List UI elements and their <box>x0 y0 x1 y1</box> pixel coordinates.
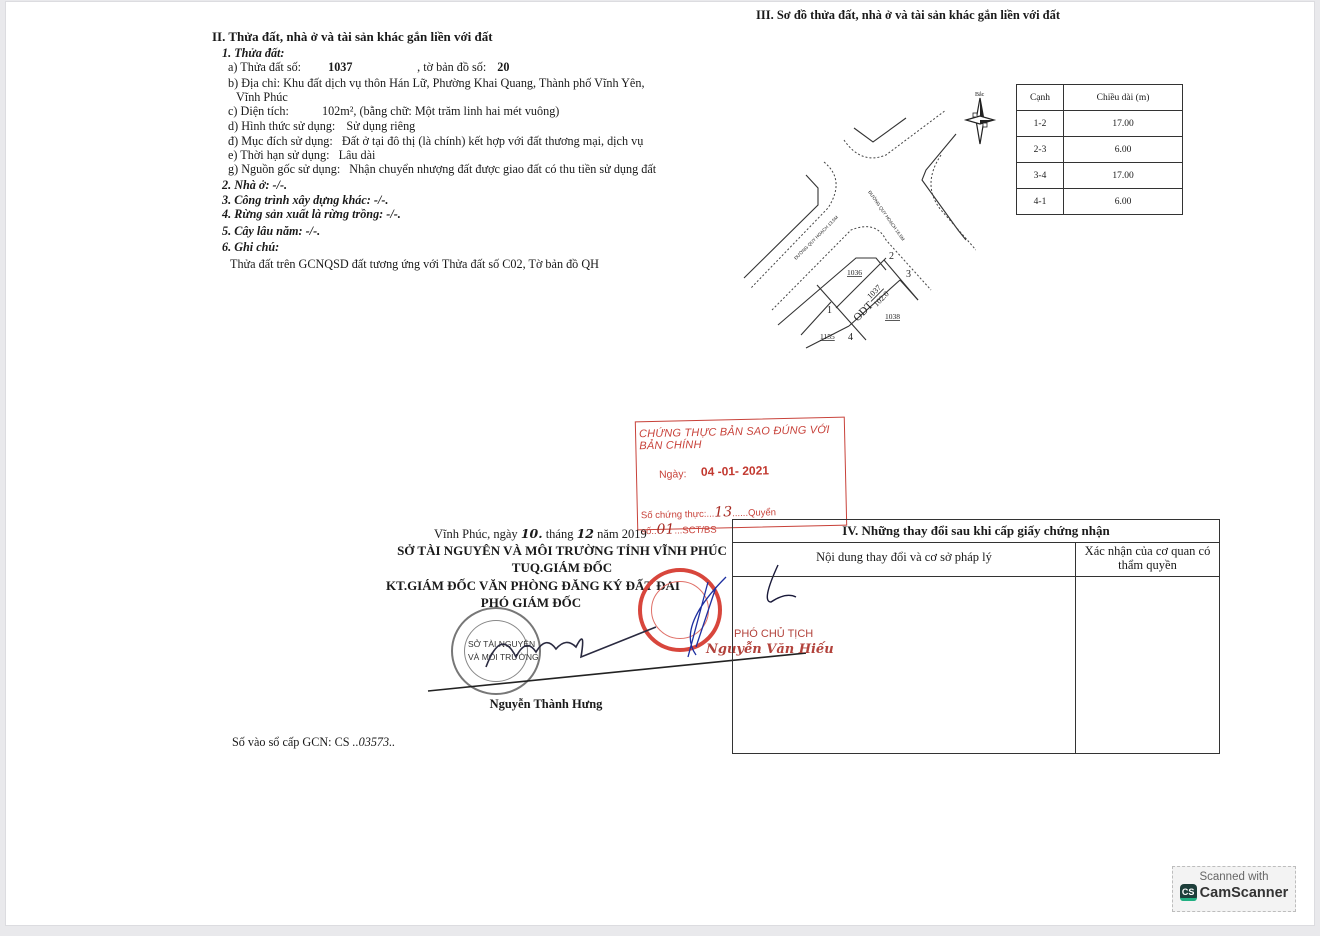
edge-cell: 1-2 <box>1017 111 1064 137</box>
parcel-map-diagram: ĐƯỜNG QUY HOẠCH 13.5M ĐƯỜNG QUY HOẠCH 16… <box>736 110 976 356</box>
vertex-4: 4 <box>848 332 853 343</box>
forest-row: 4. Rừng sản xuất là rừng trồng: -/-. <box>222 207 401 222</box>
section-4-title: IV. Những thay đổi sau khi cấp giấy chứn… <box>733 520 1219 543</box>
area-row: c) Diện tích: 102m², (bằng chữ: Một trăm… <box>228 104 559 119</box>
area-value: 102m², (bằng chữ: Một trăm linh hai mét … <box>322 104 559 118</box>
usage-purpose-label: đ) Mục đích sử dụng: <box>228 134 333 148</box>
signer-name: Nguyễn Thành Hưng <box>446 697 646 712</box>
registry-label: Số vào sổ cấp GCN: CS <box>232 735 349 749</box>
registry-row: Số vào sổ cấp GCN: CS ..03573.. <box>232 735 395 750</box>
road-label-2: ĐƯỜNG QUY HOẠCH 16.5M <box>867 189 906 242</box>
certification-stamp: CHỨNG THỰC BẢN SAO ĐÚNG VỚI BẢN CHÍNH Ng… <box>635 417 847 531</box>
house-row: 2. Nhà ở: -/-. <box>222 178 287 193</box>
vertex-3: 3 <box>906 269 911 280</box>
table-row: 4-1 6.00 <box>1017 189 1183 215</box>
notes-heading: 6. Ghi chú: <box>222 240 279 255</box>
usage-purpose-row: đ) Mục đích sử dụng: Đất ở tại đô thị (l… <box>228 134 643 149</box>
edge-length-table: Cạnh Chiều dài (m) 1-2 17.00 2-3 6.00 3-… <box>1016 84 1183 215</box>
usage-purpose-value: Đất ở tại đô thị (là chính) kết hợp với … <box>342 134 643 148</box>
watermark-line1: Scanned with <box>1173 871 1295 883</box>
usage-origin-label: g) Nguồn gốc sử dụng: <box>228 162 340 176</box>
parcel-number-row: a) Thửa đất số: 1037 , tờ bản đồ số: 20 <box>228 60 509 75</box>
usage-form-value: Sử dụng riêng <box>346 119 415 133</box>
table-row: 3-4 17.00 <box>1017 163 1183 189</box>
watermark-brand: CamScanner <box>1200 885 1289 901</box>
camscanner-logo-icon: CS <box>1180 884 1197 901</box>
usage-form-label: d) Hình thức sử dụng: <box>228 119 335 133</box>
length-cell: 6.00 <box>1064 189 1183 215</box>
map-sheet-label: , tờ bản đồ số: <box>417 60 486 74</box>
cert-number-value: 13 <box>714 504 732 520</box>
table-row: 2-3 6.00 <box>1017 137 1183 163</box>
place-date-prefix: Vĩnh Phúc, ngày <box>434 527 518 541</box>
cert-date-label: Ngày: <box>659 468 687 481</box>
parcel-number-value: 1037 <box>328 60 408 75</box>
signature-day: 10. <box>521 526 543 541</box>
section-4-changes-table: IV. Những thay đổi sau khi cấp giấy chứn… <box>732 519 1220 754</box>
other-construction-row: 3. Công trình xây dựng khác: -/-. <box>222 193 388 208</box>
table-header-length: Chiều dài (m) <box>1064 85 1183 111</box>
neighbor-1155: 1155 <box>820 332 835 341</box>
authority-column-header: Xác nhận của cơ quan có thẩm quyền <box>1076 544 1219 572</box>
svg-text:Bắc: Bắc <box>975 91 985 98</box>
address-label: b) Địa chỉ: <box>228 76 280 90</box>
parcel-number-label: a) Thửa đất số: <box>228 60 301 74</box>
edge-cell: 2-3 <box>1017 137 1064 163</box>
length-cell: 6.00 <box>1064 137 1183 163</box>
table-row: 1-2 17.00 <box>1017 111 1183 137</box>
place-date-line: Vĩnh Phúc, ngày 10. tháng 12 năm 2019 <box>434 526 647 542</box>
usage-term-row: e) Thời hạn sử dụng: Lâu dài <box>228 148 375 163</box>
address-value-line2: Vĩnh Phúc <box>236 90 288 105</box>
usage-form-row: d) Hình thức sử dụng: Sử dụng riêng <box>228 119 415 134</box>
registry-value: ..03573.. <box>353 735 396 749</box>
section-2-title: II. Thửa đất, nhà ở và tài sản khác gắn … <box>212 29 493 45</box>
neighbor-1038: 1038 <box>885 312 900 321</box>
month-label: tháng <box>546 527 574 541</box>
signature-month: 12 <box>577 526 594 541</box>
edge-cell: 3-4 <box>1017 163 1064 189</box>
neighbor-1036: 1036 <box>847 268 862 277</box>
length-cell: 17.00 <box>1064 163 1183 189</box>
cert-date-value: 04 -01- 2021 <box>701 463 769 479</box>
usage-term-label: e) Thời hạn sử dụng: <box>228 148 330 162</box>
usage-origin-value: Nhận chuyển nhượng đất được giao đất có … <box>349 162 656 176</box>
year-label: năm 2019 <box>597 527 647 541</box>
notes-value: Thửa đất trên GCNQSD đất tương ứng với T… <box>230 257 599 272</box>
camscanner-watermark: Scanned with CS CamScanner <box>1172 866 1296 912</box>
length-cell: 17.00 <box>1064 111 1183 137</box>
cert-book-suffix: ...SCT/BS <box>674 525 716 537</box>
cert-book-value: 01 <box>656 522 674 538</box>
cert-title: CHỨNG THỰC BẢN SAO ĐÚNG VỚI BẢN CHÍNH <box>639 424 844 453</box>
vertex-1: 1 <box>827 305 832 316</box>
scanned-document-page: II. Thửa đất, nhà ở và tài sản khác gắn … <box>6 2 1314 925</box>
map-sheet-value: 20 <box>497 60 509 74</box>
usage-term-value: Lâu dài <box>339 148 376 162</box>
perennial-row: 5. Cây lâu năm: -/-. <box>222 224 320 239</box>
area-label: c) Diện tích: <box>228 104 289 118</box>
vertex-2: 2 <box>889 251 894 262</box>
table-header-edge: Cạnh <box>1017 85 1064 111</box>
usage-origin-row: g) Nguồn gốc sử dụng: Nhận chuyển nhượng… <box>228 162 656 177</box>
section-3-title: III. Sơ đồ thửa đất, nhà ở và tài sản kh… <box>756 8 1060 23</box>
cert-number-label: Số chứng thực:... <box>641 509 715 522</box>
address-row: b) Địa chỉ: Khu đất dịch vụ thôn Hán Lữ,… <box>228 76 645 91</box>
address-value: Khu đất dịch vụ thôn Hán Lữ, Phường Khai… <box>283 76 644 90</box>
edge-cell: 4-1 <box>1017 189 1064 215</box>
changes-column-header: Nội dung thay đổi và cơ sở pháp lý <box>733 550 1075 565</box>
land-heading: 1. Thửa đất: <box>222 46 285 61</box>
